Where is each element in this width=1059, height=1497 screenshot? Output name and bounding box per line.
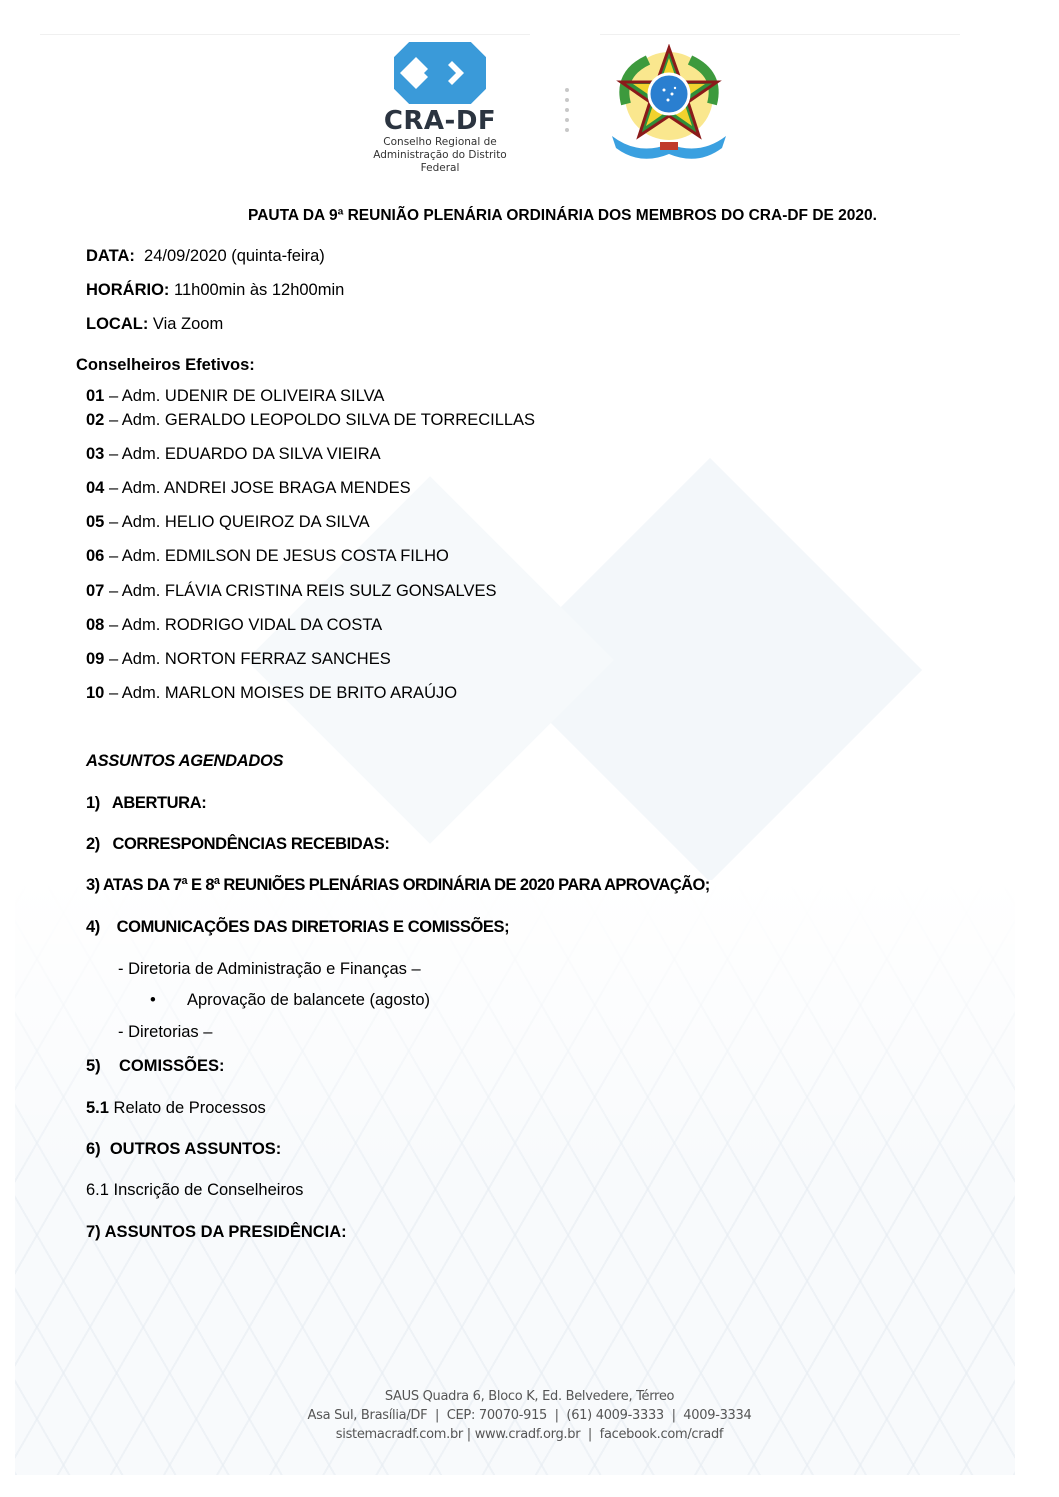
footer-line-2: Asa Sul, Brasília/DF | CEP: 70070-915 | … — [0, 1406, 1059, 1425]
agenda-item-2: 2) CORRESPONDÊNCIAS RECEBIDAS: — [86, 835, 390, 854]
org-full-name-line1: Conselho Regional de — [355, 136, 525, 149]
councillor-number: 05 — [86, 513, 104, 531]
councillor-number: 06 — [86, 547, 104, 565]
place-value: Via Zoom — [153, 315, 223, 333]
meta-date: DATA: 24/09/2020 (quinta-feira) — [86, 247, 325, 266]
org-short-name: CRA-DF — [355, 106, 525, 136]
meta-time: HORÁRIO: 11h00min às 12h00min — [86, 281, 344, 300]
meta-place: LOCAL: Via Zoom — [86, 315, 223, 334]
councillors-heading: Conselheiros Efetivos: — [76, 356, 255, 375]
councillor-name: – Adm. NORTON FERRAZ SANCHES — [109, 650, 391, 668]
councillor-row: 05 – Adm. HELIO QUEIROZ DA SILVA — [86, 513, 370, 532]
separator-dots — [565, 88, 569, 138]
councillor-number: 09 — [86, 650, 104, 668]
bullet-icon: • — [150, 991, 156, 1009]
agenda-item-number: 5) — [86, 1057, 101, 1075]
councillor-name: – Adm. EDMILSON DE JESUS COSTA FILHO — [109, 547, 449, 565]
agenda-item-6: 6) OUTROS ASSUNTOS: — [86, 1140, 281, 1159]
agenda-item-number: 5.1 — [86, 1099, 109, 1117]
councillor-name: – Adm. GERALDO LEOPOLDO SILVA DE TORRECI… — [109, 411, 535, 429]
councillor-row: 02 – Adm. GERALDO LEOPOLDO SILVA DE TORR… — [86, 411, 535, 430]
councillor-number: 04 — [86, 479, 104, 497]
agenda-item-text: COMUNICAÇÕES DAS DIRETORIAS E COMISSÕES; — [117, 918, 510, 936]
agenda-item-5: 5) COMISSÕES: — [86, 1057, 224, 1076]
place-label: LOCAL: — [86, 315, 148, 333]
councillor-row: 03 – Adm. EDUARDO DA SILVA VIEIRA — [86, 445, 381, 464]
councillor-row: 08 – Adm. RODRIGO VIDAL DA COSTA — [86, 616, 382, 635]
councillor-name: – Adm. MARLON MOISES DE BRITO ARAÚJO — [109, 684, 457, 702]
councillor-number: 03 — [86, 445, 104, 463]
agenda-heading: ASSUNTOS AGENDADOS — [86, 752, 283, 771]
councillor-name: – Adm. FLÁVIA CRISTINA REIS SULZ GONSALV… — [109, 582, 497, 600]
org-full-name-line2: Administração do Distrito Federal — [355, 149, 525, 175]
agenda-item-4: 4) COMUNICAÇÕES DAS DIRETORIAS E COMISSÕ… — [86, 918, 509, 937]
councillor-name: – Adm. ANDREI JOSE BRAGA MENDES — [109, 479, 411, 497]
time-label: HORÁRIO: — [86, 281, 169, 299]
councillor-name: – Adm. EDUARDO DA SILVA VIEIRA — [109, 445, 381, 463]
councillor-row: 10 – Adm. MARLON MOISES DE BRITO ARAÚJO — [86, 684, 457, 703]
agenda-item-4-sub-2: - Diretorias – — [118, 1023, 212, 1042]
agenda-item-7: 7) ASSUNTOS DA PRESIDÊNCIA: — [86, 1223, 347, 1242]
councillor-number: 10 — [86, 684, 104, 702]
date-label: DATA: — [86, 247, 135, 265]
councillor-number: 02 — [86, 411, 104, 429]
councillor-row: 09 – Adm. NORTON FERRAZ SANCHES — [86, 650, 391, 669]
agenda-item-5-1: 5.1 Relato de Processos — [86, 1099, 266, 1118]
councillor-name: – Adm. RODRIGO VIDAL DA COSTA — [109, 616, 382, 634]
agenda-item-text: CORRESPONDÊNCIAS RECEBIDAS: — [112, 835, 389, 853]
footer-line-1: SAUS Quadra 6, Bloco K, Ed. Belvedere, T… — [0, 1387, 1059, 1406]
footer-address: SAUS Quadra 6, Bloco K, Ed. Belvedere, T… — [0, 1387, 1059, 1444]
header-rule — [600, 34, 960, 35]
agenda-item-4-bullet: • Aprovação de balancete (agosto) — [150, 991, 430, 1010]
time-value: 11h00min às 12h00min — [174, 281, 344, 299]
footer-line-3: sistemacradf.com.br | www.cradf.org.br |… — [0, 1425, 1059, 1444]
agenda-item-6-1: 6.1 Inscrição de Conselheiros — [86, 1181, 303, 1200]
councillor-number: 01 — [86, 387, 104, 405]
brazil-coat-of-arms-icon — [608, 44, 730, 167]
councillor-row: 01 – Adm. UDENIR DE OLIVEIRA SILVA — [86, 387, 384, 406]
councillor-row: 07 – Adm. FLÁVIA CRISTINA REIS SULZ GONS… — [86, 582, 497, 601]
councillor-row: 06 – Adm. EDMILSON DE JESUS COSTA FILHO — [86, 547, 449, 566]
agenda-item-number: 2) — [86, 835, 100, 853]
agenda-item-3: 3) ATAS DA 7ª E 8ª REUNIÕES PLENÁRIAS OR… — [86, 876, 710, 895]
councillor-number: 07 — [86, 582, 104, 600]
cra-df-logo: CRA-DF Conselho Regional de Administraçã… — [355, 42, 525, 175]
councillor-number: 08 — [86, 616, 104, 634]
agenda-item-text: Relato de Processos — [114, 1099, 266, 1117]
header-rule — [40, 34, 530, 35]
agenda-item-number: 1) — [86, 794, 100, 812]
agenda-item-4-sub-1: - Diretoria de Administração e Finanças … — [118, 960, 421, 979]
agenda-item-number: 4) — [86, 918, 100, 936]
agenda-item-text: COMISSÕES: — [119, 1057, 224, 1075]
date-value: 24/09/2020 (quinta-feira) — [144, 247, 325, 265]
councillor-name: – Adm. HELIO QUEIROZ DA SILVA — [109, 513, 370, 531]
agenda-item-number: 6) — [86, 1140, 101, 1158]
councillor-name: – Adm. UDENIR DE OLIVEIRA SILVA — [109, 387, 384, 405]
councillor-row: 04 – Adm. ANDREI JOSE BRAGA MENDES — [86, 479, 411, 498]
cra-df-logo-icon — [394, 42, 486, 104]
bullet-text: Aprovação de balancete (agosto) — [187, 991, 430, 1009]
agenda-item-text: OUTROS ASSUNTOS: — [110, 1140, 281, 1158]
agenda-item-text: ABERTURA: — [112, 794, 206, 812]
document-title: PAUTA DA 9ª REUNIÃO PLENÁRIA ORDINÁRIA D… — [0, 207, 1059, 225]
agenda-item-1: 1) ABERTURA: — [86, 794, 206, 813]
